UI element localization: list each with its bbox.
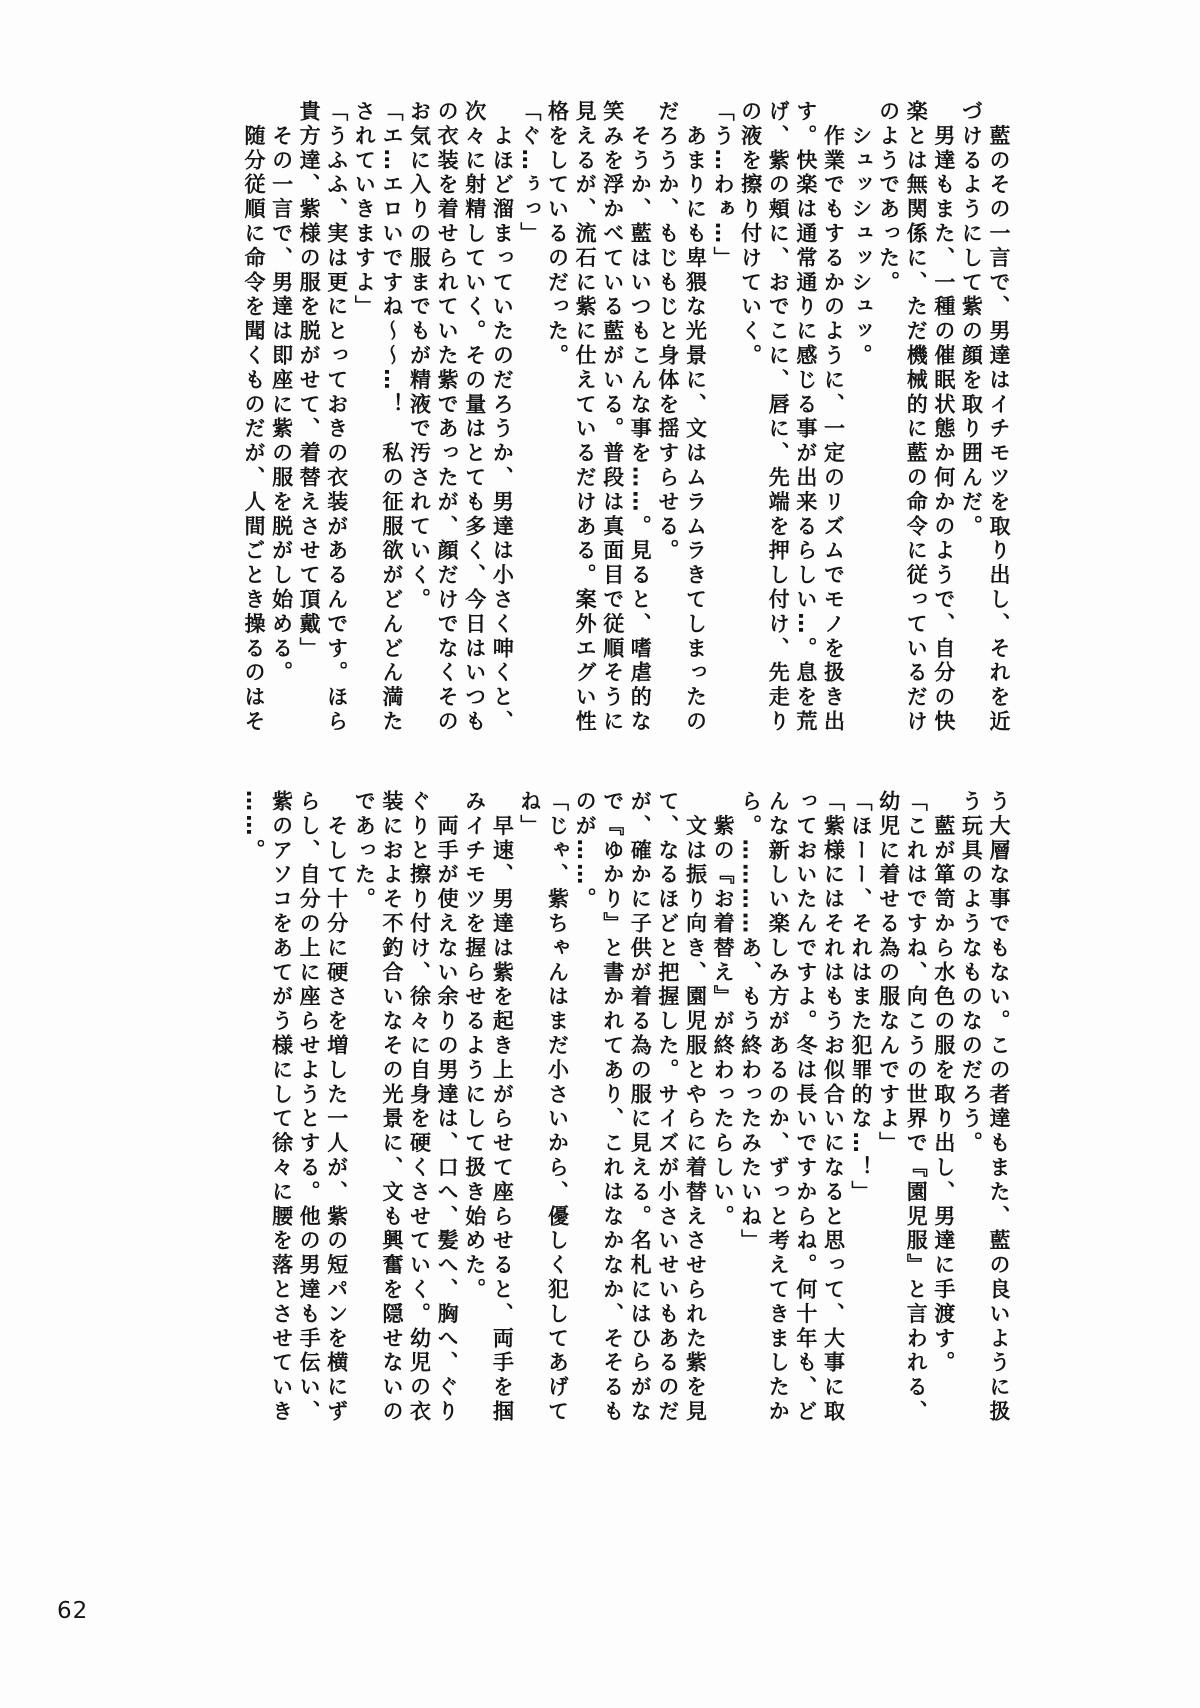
page-number: 62	[57, 1598, 88, 1624]
text-column: ね」	[515, 790, 543, 1450]
text-block-bottom: う大層な事でもない。この者達もまた、藍の良いように扱う玩具のようなものなのだろう…	[239, 790, 1012, 1450]
text-column: ……。	[239, 790, 267, 1450]
text-column: よほど溜まっていたのだろうか、男達は小さく呻くと、	[488, 100, 516, 760]
text-column: らし、自分の上に座らせようとする。他の男達も手伝い、	[295, 790, 323, 1450]
text-column: の衣装を着せられていた紫であったが、顔だけでなくその	[433, 100, 461, 760]
text-column: そして十分に硬さを増した一人が、紫の短パンを横にず	[322, 790, 350, 1450]
text-column: 「紫様にはそれはもうお似合いになると思って、大事に取	[819, 790, 847, 1450]
text-column: のようであった。	[874, 100, 902, 760]
text-column: 楽とは無関係に、ただ機械的に藍の命令に従っているだけ	[902, 100, 930, 760]
text-column: お気に入りの服までもが精液で汚されていく。	[405, 100, 433, 760]
text-column: う大層な事でもない。この者達もまた、藍の良いように扱	[984, 790, 1012, 1450]
text-column: 格をしているのだった。	[543, 100, 571, 760]
text-column: 「エ…エロいですね〜〜…！ 私の征服欲がどんどん満た	[377, 100, 405, 760]
text-column: シュッシュッシュッ。	[846, 100, 874, 760]
text-column: されていきますよ」	[350, 100, 378, 760]
text-column: 「ぐ…ぅっ」	[515, 100, 543, 760]
text-column: づけるようにして紫の顔を取り囲んだ。	[957, 100, 985, 760]
text-column: す。快楽は通常通りに感じる事が出来るらしい…。息を荒	[791, 100, 819, 760]
text-column: ぐりと擦り付け、徐々に自身を硬くさせていく。幼児の衣	[405, 790, 433, 1450]
text-column: のが……。	[571, 790, 599, 1450]
text-column: 「ほーー、それはまた犯罪的な…！」	[846, 790, 874, 1450]
text-column: 紫のアソコをあてがう様にして徐々に腰を落とさせていき	[267, 790, 295, 1450]
text-column: 「これはですね、向こうの世界で『園児服』と言われる、	[902, 790, 930, 1450]
text-column: その一言で、男達は即座に紫の服を脱がし始める。	[267, 100, 295, 760]
text-column: げ、紫の頬に、おでこに、唇に、先端を押し付け、先走り	[764, 100, 792, 760]
text-column: 見えるが、流石に紫に仕えているだけある。案外エグい性	[571, 100, 599, 760]
text-column: んな新しい楽しみ方があるのか、ずっと考えてきましたか	[764, 790, 792, 1450]
text-column: 笑みを浮かべている藍がいる。普段は真面目で従順そうに	[598, 100, 626, 760]
text-column: 藍のその一言で、男達はイチモツを取り出し、それを近	[984, 100, 1012, 760]
text-column: 作業でもするかのように、一定のリズムでモノを扱き出	[819, 100, 847, 760]
text-column: が、確かに子供が着る為の服に見える。名札にはひらがな	[626, 790, 654, 1450]
text-column: 早速、男達は紫を起き上がらせて座らせると、両手を掴	[488, 790, 516, 1450]
text-column: であった。	[350, 790, 378, 1450]
text-column: 藍が箪笥から水色の服を取り出し、男達に手渡す。	[929, 790, 957, 1450]
text-column: 「う…わぁ…」	[708, 100, 736, 760]
text-column: ら。…………あ、もう終わったみたいね」	[736, 790, 764, 1450]
text-column: 次々に射精していく。その量はとても多く、今日はいつも	[460, 100, 488, 760]
text-column: て、なるほどと把握した。サイズが小さいせいもあるのだ	[653, 790, 681, 1450]
text-column: 「うふふ、実は更にとっておきの衣装があるんです。ほら	[322, 100, 350, 760]
text-column: 幼児に着せる為の服なんですよ」	[874, 790, 902, 1450]
text-column: う玩具のようなものなのだろう。	[957, 790, 985, 1450]
text-column: で『ゆかり』と書かれてあり、これはなかなか、そそるも	[598, 790, 626, 1450]
text-column: あまりにも卑猥な光景に、文はムラムラきてしまったの	[681, 100, 709, 760]
text-column: 装におよそ不釣合いなその光景に、文も興奮を隠せないの	[377, 790, 405, 1450]
text-column: の液を擦り付けていく。	[736, 100, 764, 760]
text-column: みイチモツを握らせるようにして扱き始めた。	[460, 790, 488, 1450]
text-column: 紫の『お着替え』が終わったらしい。	[708, 790, 736, 1450]
text-column: 随分従順に命令を聞くものだが、人間ごとき操るのはそ	[239, 100, 267, 760]
text-column: そうか、藍はいつもこんな事を……。見ると、嗜虐的な	[626, 100, 654, 760]
text-column: 貴方達、紫様の服を脱がせて、着替えさせて頂戴」	[295, 100, 323, 760]
text-column: だろうか、もじもじと身体を揺すらせる。	[653, 100, 681, 760]
text-column: 両手が使えない余りの男達は、口へ、髪へ、胸へ、ぐり	[433, 790, 461, 1450]
text-block-top: 藍のその一言で、男達はイチモツを取り出し、それを近づけるようにして紫の顔を取り囲…	[239, 100, 1012, 760]
text-column: 文は振り向き、園児服とやらに着替えさせられた紫を見	[681, 790, 709, 1450]
text-column: 「じゃ、紫ちゃんはまだ小さいから、優しく犯してあげて	[543, 790, 571, 1450]
text-column: 男達もまた、一種の催眠状態か何かのようで、自分の快	[929, 100, 957, 760]
text-column: っておいたんですよ。冬は長いですからね。何十年も、ど	[791, 790, 819, 1450]
